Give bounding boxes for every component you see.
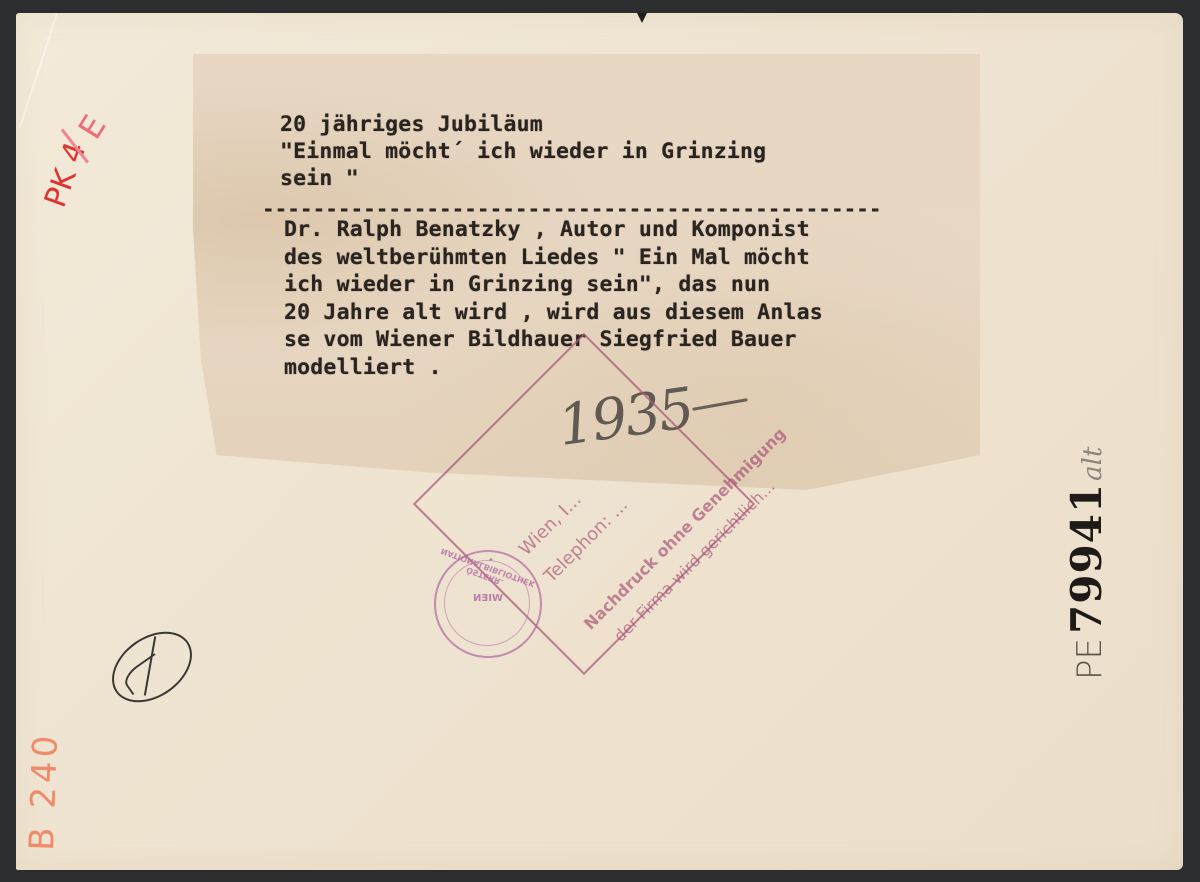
archive-suffix: alt xyxy=(1078,447,1108,481)
title-line: 20 jähriges Jubiläum xyxy=(280,111,766,138)
archive-digits: 79941 xyxy=(1062,483,1111,634)
body-line: 20 Jahre alt wird , wird aus diesem Anla… xyxy=(284,299,823,327)
archive-prefix: PE xyxy=(1070,638,1110,680)
stamp-center-text: WIEN xyxy=(436,593,540,604)
red-pencil-b-note: B 240 xyxy=(22,731,66,851)
library-round-stamp: ÖSTERR. NATIONALBIBLIOTHEK • WIEN xyxy=(434,550,542,658)
body-line: des weltberühmten Liedes " Ein Mal möcht xyxy=(284,244,823,272)
body-line: se vom Wiener Bildhauer Siegfried Bauer xyxy=(284,326,823,354)
title-line: "Einmal möcht´ ich wieder in Grinzing xyxy=(280,138,766,165)
archive-inventory-number: PE 79941 alt xyxy=(1062,447,1111,680)
label-title: 20 jähriges Jubiläum"Einmal möcht´ ich w… xyxy=(280,111,766,192)
body-line: ich wieder in Grinzing sein", das nun xyxy=(284,271,823,299)
paper-crease xyxy=(19,13,58,128)
label-body: Dr. Ralph Benatzky , Autor und Komponist… xyxy=(284,216,823,382)
title-line: sein " xyxy=(280,165,766,192)
card-notch xyxy=(637,13,647,23)
body-line: Dr. Ralph Benatzky , Autor und Komponist xyxy=(284,216,823,244)
